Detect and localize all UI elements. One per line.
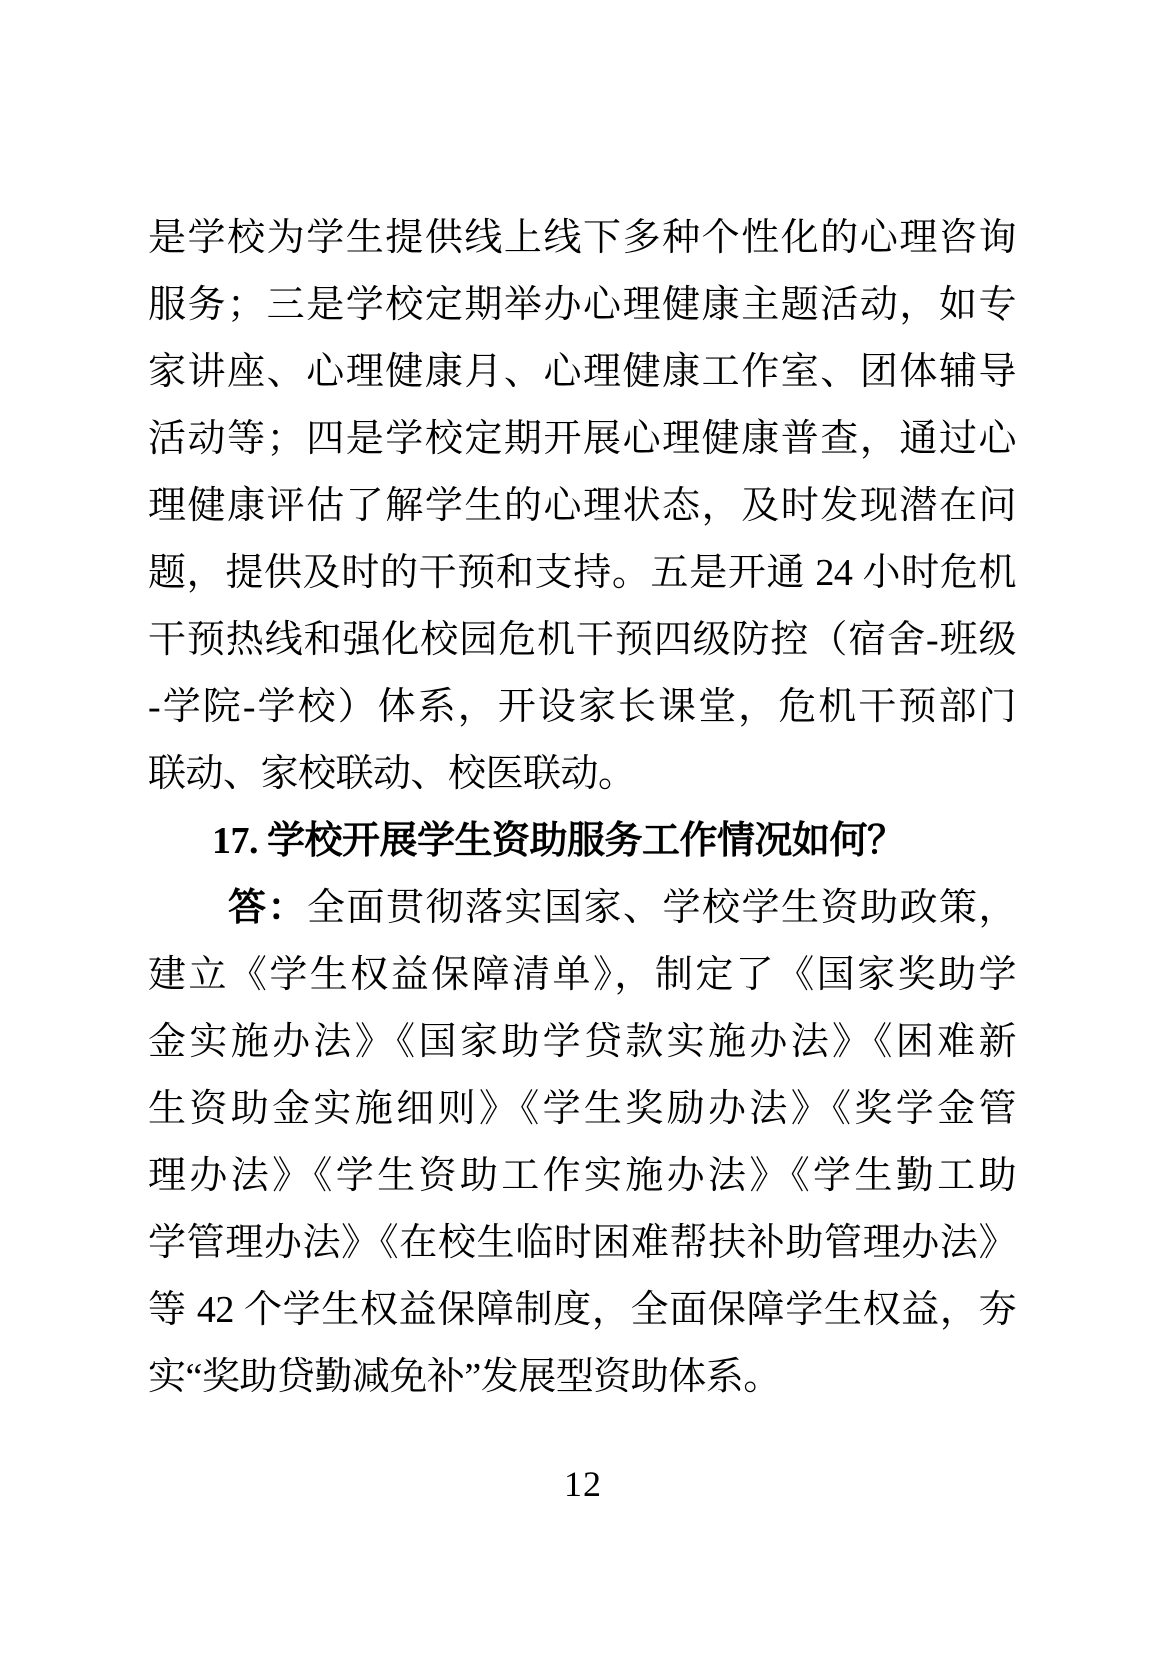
text-line: 建立《学生权益保障清单》，制定了《国家奖助学 xyxy=(148,942,1016,1009)
text-line: -学院-学校）体系，开设家长课堂，危机干预部门 xyxy=(148,674,1016,741)
answer-label: 答： xyxy=(228,887,307,929)
answer-first-line: 答：全面贯彻落实国家、学校学生资助政策， xyxy=(148,875,1016,942)
answer-lines: 建立《学生权益保障清单》，制定了《国家奖助学金实施办法》《国家助学贷款实施办法》… xyxy=(148,942,1016,1411)
text-line: 干预热线和强化校园危机干预四级防控（宿舍-班级 xyxy=(148,607,1016,674)
question-heading: 17. 学校开展学生资助服务工作情况如何？ xyxy=(148,808,1016,875)
continuation-paragraph: 是学校为学生提供线上线下多种个性化的心理咨询服务；三是学校定期举办心理健康主题活… xyxy=(148,205,1016,808)
document-page: 是学校为学生提供线上线下多种个性化的心理咨询服务；三是学校定期举办心理健康主题活… xyxy=(0,0,1166,1654)
text-line: 理办法》《学生资助工作实施办法》《学生勤工助 xyxy=(148,1143,1016,1210)
text-line: 活动等；四是学校定期开展心理健康普查，通过心 xyxy=(148,406,1016,473)
text-line: 生资助金实施细则》《学生奖励办法》《奖学金管 xyxy=(148,1076,1016,1143)
answer-paragraph: 答：全面贯彻落实国家、学校学生资助政策， 建立《学生权益保障清单》，制定了《国家… xyxy=(148,875,1016,1411)
text-line: 服务；三是学校定期举办心理健康主题活动，如专 xyxy=(148,272,1016,339)
answer-first-line-text: 全面贯彻落实国家、学校学生资助政策， xyxy=(307,887,1016,929)
page-number: 12 xyxy=(0,1462,1166,1506)
text-block: 是学校为学生提供线上线下多种个性化的心理咨询服务；三是学校定期举办心理健康主题活… xyxy=(148,205,1016,1411)
text-line: 理健康评估了解学生的心理状态，及时发现潜在问 xyxy=(148,473,1016,540)
text-line: 等 42 个学生权益保障制度，全面保障学生权益，夯 xyxy=(148,1277,1016,1344)
text-line: 家讲座、心理健康月、心理健康工作室、团体辅导 xyxy=(148,339,1016,406)
text-line: 实“奖助贷勤减免补”发展型资助体系。 xyxy=(148,1344,1016,1411)
text-line: 题，提供及时的干预和支持。五是开通 24 小时危机 xyxy=(148,540,1016,607)
text-line: 金实施办法》《国家助学贷款实施办法》《困难新 xyxy=(148,1009,1016,1076)
text-line: 是学校为学生提供线上线下多种个性化的心理咨询 xyxy=(148,205,1016,272)
text-line: 学管理办法》《在校生临时困难帮扶补助管理办法》 xyxy=(148,1210,1016,1277)
text-line: 联动、家校联动、校医联动。 xyxy=(148,741,1016,808)
